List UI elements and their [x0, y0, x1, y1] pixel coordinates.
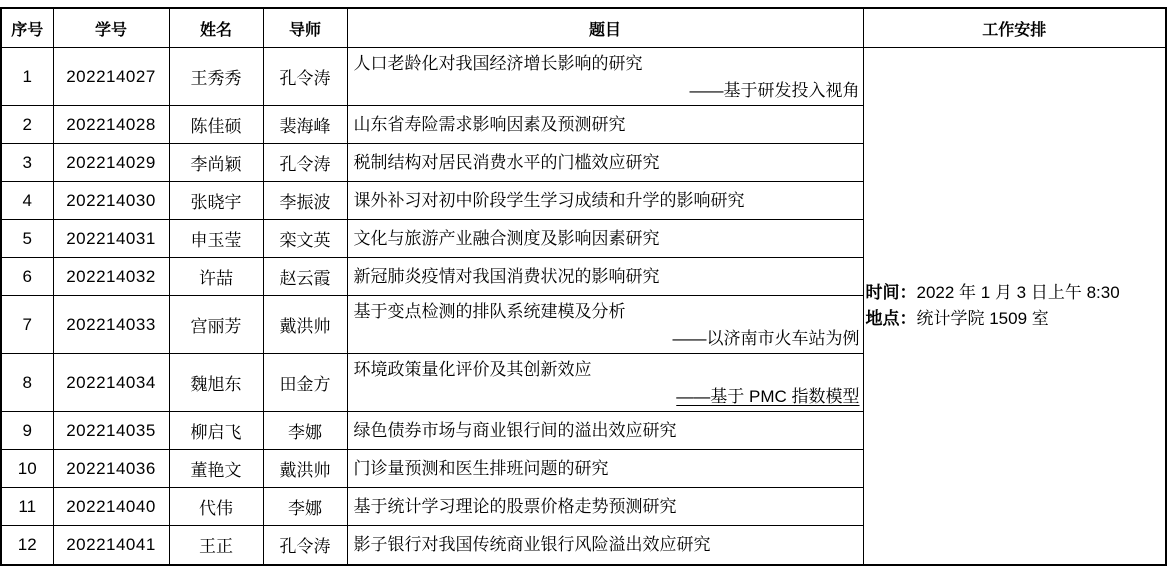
- students-table: 序号 学号 姓名 导师 题目 1 202214027 王秀秀 孔令涛 人口老龄化…: [2, 9, 864, 564]
- work-arrangement-column: 工作安排 时间：2022 年 1 月 3 日上午 8:30 地点：统计学院 15…: [864, 9, 1166, 564]
- work-arrangement-cell: 时间：2022 年 1 月 3 日上午 8:30 地点：统计学院 1509 室: [864, 48, 1166, 564]
- time-label: 时间：: [866, 283, 917, 302]
- thesis-title: 课外补习对初中阶段学生学习成绩和升学的影响研究: [348, 188, 863, 214]
- thesis-title-cell: 山东省寿险需求影响因素及预测研究: [347, 106, 863, 144]
- thesis-title-cell: 新冠肺炎疫情对我国消费状况的影响研究: [347, 258, 863, 296]
- header-advisor: 导师: [263, 9, 347, 48]
- row-number: 2: [2, 106, 53, 144]
- advisor-name: 孔令涛: [263, 144, 347, 182]
- schedule-time-line: 时间：2022 年 1 月 3 日上午 8:30: [866, 280, 1166, 306]
- table-row: 7 202214033 宫丽芳 戴洪帅 基于变点检测的排队系统建模及分析 ——以…: [2, 296, 863, 354]
- table-row: 2 202214028 陈佳硕 裴海峰 山东省寿险需求影响因素及预测研究: [2, 106, 863, 144]
- header-name: 姓名: [169, 9, 263, 48]
- student-id: 202214036: [53, 450, 169, 488]
- table-row: 11 202214040 代伟 李娜 基于统计学习理论的股票价格走势预测研究: [2, 488, 863, 526]
- student-name: 柳启飞: [169, 412, 263, 450]
- thesis-title-cell: 基于统计学习理论的股票价格走势预测研究: [347, 488, 863, 526]
- thesis-subtitle: ——以济南市火车站为例: [348, 325, 863, 352]
- table-row: 8 202214034 魏旭东 田金方 环境政策量化评价及其创新效应 ——基于 …: [2, 354, 863, 412]
- row-number: 10: [2, 450, 53, 488]
- table-row: 3 202214029 李尚颖 孔令涛 税制结构对居民消费水平的门槛效应研究: [2, 144, 863, 182]
- advisor-name: 赵云霞: [263, 258, 347, 296]
- place-label: 地点：: [866, 309, 917, 328]
- thesis-title: 文化与旅游产业融合测度及影响因素研究: [348, 226, 863, 252]
- thesis-title-cell: 门诊量预测和医生排班问题的研究: [347, 450, 863, 488]
- thesis-title-cell: 环境政策量化评价及其创新效应 ——基于 PMC 指数模型: [347, 354, 863, 412]
- thesis-title-cell: 影子银行对我国传统商业银行风险溢出效应研究: [347, 526, 863, 564]
- thesis-subtitle: ——基于研发投入视角: [348, 77, 863, 104]
- thesis-title: 门诊量预测和医生排班问题的研究: [348, 456, 863, 482]
- thesis-title-cell: 税制结构对居民消费水平的门槛效应研究: [347, 144, 863, 182]
- table-header-row: 序号 学号 姓名 导师 题目: [2, 9, 863, 48]
- student-id: 202214031: [53, 220, 169, 258]
- header-no: 序号: [2, 9, 53, 48]
- defense-schedule-table: 序号 学号 姓名 导师 题目 1 202214027 王秀秀 孔令涛 人口老龄化…: [0, 7, 1167, 566]
- thesis-title: 基于变点检测的排队系统建模及分析: [348, 298, 863, 325]
- student-id: 202214035: [53, 412, 169, 450]
- table-row: 10 202214036 董艳文 戴洪帅 门诊量预测和医生排班问题的研究: [2, 450, 863, 488]
- advisor-name: 李振波: [263, 182, 347, 220]
- row-number: 4: [2, 182, 53, 220]
- advisor-name: 戴洪帅: [263, 450, 347, 488]
- thesis-subtitle: ——基于 PMC 指数模型: [348, 383, 863, 410]
- row-number: 8: [2, 354, 53, 412]
- thesis-title-cell: 课外补习对初中阶段学生学习成绩和升学的影响研究: [347, 182, 863, 220]
- student-name: 许喆: [169, 258, 263, 296]
- advisor-name: 孔令涛: [263, 48, 347, 106]
- student-name: 代伟: [169, 488, 263, 526]
- table-row: 9 202214035 柳启飞 李娜 绿色债券市场与商业银行间的溢出效应研究: [2, 412, 863, 450]
- student-id: 202214032: [53, 258, 169, 296]
- schedule-table-body: 1 202214027 王秀秀 孔令涛 人口老龄化对我国经济增长影响的研究 ——…: [2, 48, 863, 564]
- schedule-place-line: 地点：统计学院 1509 室: [866, 306, 1166, 332]
- student-name: 李尚颖: [169, 144, 263, 182]
- thesis-title-cell: 人口老龄化对我国经济增长影响的研究 ——基于研发投入视角: [347, 48, 863, 106]
- student-name: 张晓宇: [169, 182, 263, 220]
- time-value: 2022 年 1 月 3 日上午 8:30: [917, 283, 1120, 302]
- row-number: 5: [2, 220, 53, 258]
- thesis-title: 基于统计学习理论的股票价格走势预测研究: [348, 494, 863, 520]
- advisor-name: 裴海峰: [263, 106, 347, 144]
- row-number: 3: [2, 144, 53, 182]
- advisor-name: 田金方: [263, 354, 347, 412]
- table-row: 12 202214041 王正 孔令涛 影子银行对我国传统商业银行风险溢出效应研…: [2, 526, 863, 564]
- row-number: 12: [2, 526, 53, 564]
- student-name: 董艳文: [169, 450, 263, 488]
- header-student-id: 学号: [53, 9, 169, 48]
- thesis-title-cell: 基于变点检测的排队系统建模及分析 ——以济南市火车站为例: [347, 296, 863, 354]
- thesis-title: 税制结构对居民消费水平的门槛效应研究: [348, 150, 863, 176]
- table-row: 4 202214030 张晓宇 李振波 课外补习对初中阶段学生学习成绩和升学的影…: [2, 182, 863, 220]
- student-name: 申玉莹: [169, 220, 263, 258]
- advisor-name: 李娜: [263, 412, 347, 450]
- student-name: 王秀秀: [169, 48, 263, 106]
- header-title: 题目: [347, 9, 863, 48]
- place-value: 统计学院 1509 室: [917, 309, 1049, 328]
- table-row: 6 202214032 许喆 赵云霞 新冠肺炎疫情对我国消费状况的影响研究: [2, 258, 863, 296]
- student-id: 202214028: [53, 106, 169, 144]
- thesis-title: 绿色债券市场与商业银行间的溢出效应研究: [348, 418, 863, 444]
- student-id: 202214041: [53, 526, 169, 564]
- student-name: 陈佳硕: [169, 106, 263, 144]
- advisor-name: 戴洪帅: [263, 296, 347, 354]
- student-id: 202214034: [53, 354, 169, 412]
- student-id: 202214040: [53, 488, 169, 526]
- thesis-title: 人口老龄化对我国经济增长影响的研究: [348, 50, 863, 77]
- student-name: 王正: [169, 526, 263, 564]
- table-row: 5 202214031 申玉莹 栾文英 文化与旅游产业融合测度及影响因素研究: [2, 220, 863, 258]
- row-number: 7: [2, 296, 53, 354]
- student-id: 202214027: [53, 48, 169, 106]
- thesis-title: 影子银行对我国传统商业银行风险溢出效应研究: [348, 532, 863, 558]
- thesis-title: 新冠肺炎疫情对我国消费状况的影响研究: [348, 264, 863, 290]
- student-id: 202214033: [53, 296, 169, 354]
- advisor-name: 栾文英: [263, 220, 347, 258]
- advisor-name: 孔令涛: [263, 526, 347, 564]
- student-id: 202214030: [53, 182, 169, 220]
- student-name: 宫丽芳: [169, 296, 263, 354]
- row-number: 1: [2, 48, 53, 106]
- header-work-arrangement: 工作安排: [864, 9, 1166, 48]
- row-number: 11: [2, 488, 53, 526]
- advisor-name: 李娜: [263, 488, 347, 526]
- thesis-title-cell: 文化与旅游产业融合测度及影响因素研究: [347, 220, 863, 258]
- row-number: 9: [2, 412, 53, 450]
- row-number: 6: [2, 258, 53, 296]
- thesis-title: 山东省寿险需求影响因素及预测研究: [348, 112, 863, 138]
- student-id: 202214029: [53, 144, 169, 182]
- thesis-title-cell: 绿色债券市场与商业银行间的溢出效应研究: [347, 412, 863, 450]
- student-name: 魏旭东: [169, 354, 263, 412]
- thesis-title: 环境政策量化评价及其创新效应: [348, 356, 863, 383]
- table-row: 1 202214027 王秀秀 孔令涛 人口老龄化对我国经济增长影响的研究 ——…: [2, 48, 863, 106]
